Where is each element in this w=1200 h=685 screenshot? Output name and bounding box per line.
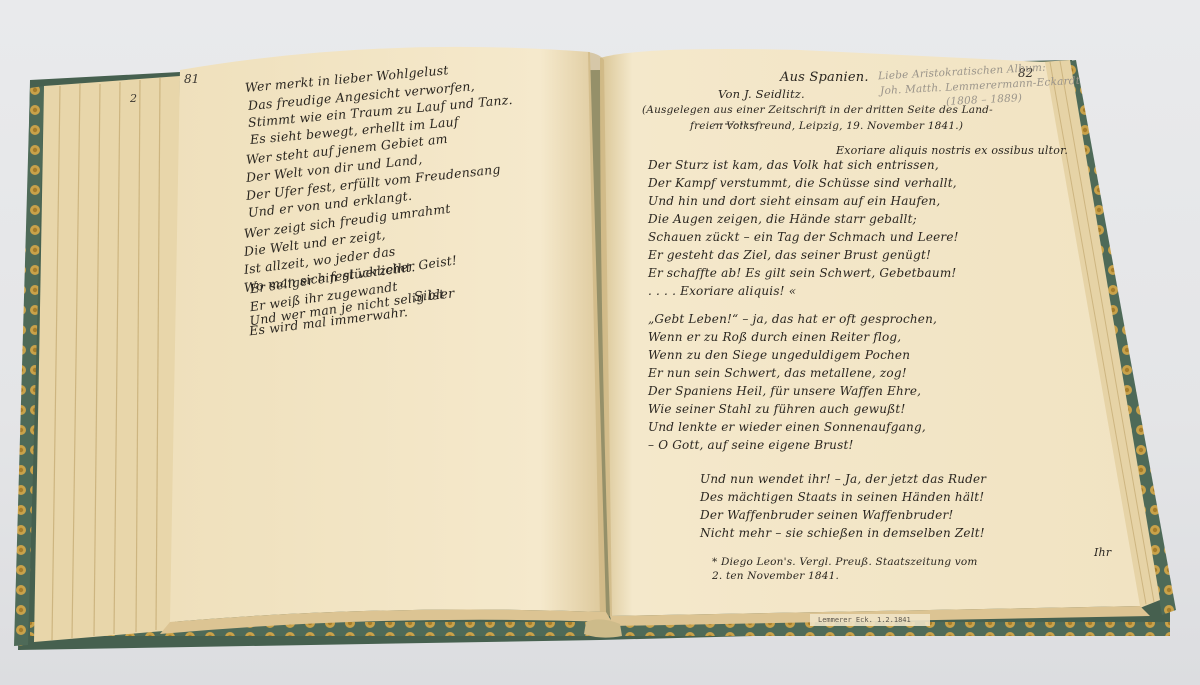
stanza-line: Wie seiner Stahl zu führen auch gewußt! xyxy=(648,402,905,416)
footnote-line: 2. ten November 1841. xyxy=(712,570,839,582)
photo-scene: 81 2 Wer merkt in lieber Wohlgelust Das … xyxy=(0,0,1200,685)
stanza-line: Er gesteht das Ziel, das seiner Brust ge… xyxy=(648,248,931,262)
catchword: Ihr xyxy=(1094,546,1111,559)
stanza-line: . . . . Exoriare aliquis! « xyxy=(648,284,796,298)
poem-title: Aus Spanien. xyxy=(780,70,869,85)
source-note-line: (Ausgelegen aus einer Zeitschrift in der… xyxy=(642,104,993,116)
stanza-line: Die Augen zeigen, die Hände starr geball… xyxy=(648,212,917,226)
stanza-line: Der Waffenbruder seinen Waffenbruder! xyxy=(700,508,953,522)
spine-bookmark-label: Lemmerer Eck. 1.2.1841 xyxy=(818,616,911,624)
stanza-line: Schauen zückt – ein Tag der Schmach und … xyxy=(648,230,959,244)
stanza-line: Der Sturz ist kam, das Volk hat sich ent… xyxy=(648,158,939,172)
stanza-line: Er schaffte ab! Es gilt sein Schwert, Ge… xyxy=(648,266,956,280)
stanza-line: Wenn er zu Roß durch einen Reiter flog, xyxy=(648,330,901,344)
stanza-line: – O Gott, auf seine eigene Brust! xyxy=(648,438,854,452)
footnote-line: * Diego Leon's. Vergl. Preuß. Staatszeit… xyxy=(712,556,978,568)
flyleaf-number: 2 xyxy=(130,92,137,105)
stanza-line: Der Spaniens Heil, für unsere Waffen Ehr… xyxy=(648,384,921,398)
stanza-line: Er nun sein Schwert, das metallene, zog! xyxy=(648,366,907,380)
stanza-line: Wenn zu den Siege ungeduldigem Pochen xyxy=(648,348,910,362)
stanza-line: „Gebt Leben!“ – ja, das hat er oft gespr… xyxy=(648,312,937,326)
stanza-line: Und hin und dort sieht einsam auf ein Ha… xyxy=(648,194,940,208)
stanza-line: Des mächtigen Staats in seinen Händen hä… xyxy=(700,490,984,504)
epigraph: Exoriare aliquis nostris ex ossibus ulto… xyxy=(836,144,1068,157)
stanza-line: Und lenkte er wieder einen Sonnenaufgang… xyxy=(648,420,926,434)
source-note-line: freien Volksfreund, Leipzig, 19. Novembe… xyxy=(690,120,963,132)
stanza-line: Und nun wendet ihr! – Ja, der jetzt das … xyxy=(700,472,986,486)
stanza-line: Nicht mehr – sie schießen in demselben Z… xyxy=(700,526,985,540)
stanza-line: Der Kampf verstummt, die Schüsse sind ve… xyxy=(648,176,957,190)
poem-author: Von J. Seidlitz. xyxy=(718,87,805,101)
left-page-number: 81 xyxy=(184,72,199,86)
